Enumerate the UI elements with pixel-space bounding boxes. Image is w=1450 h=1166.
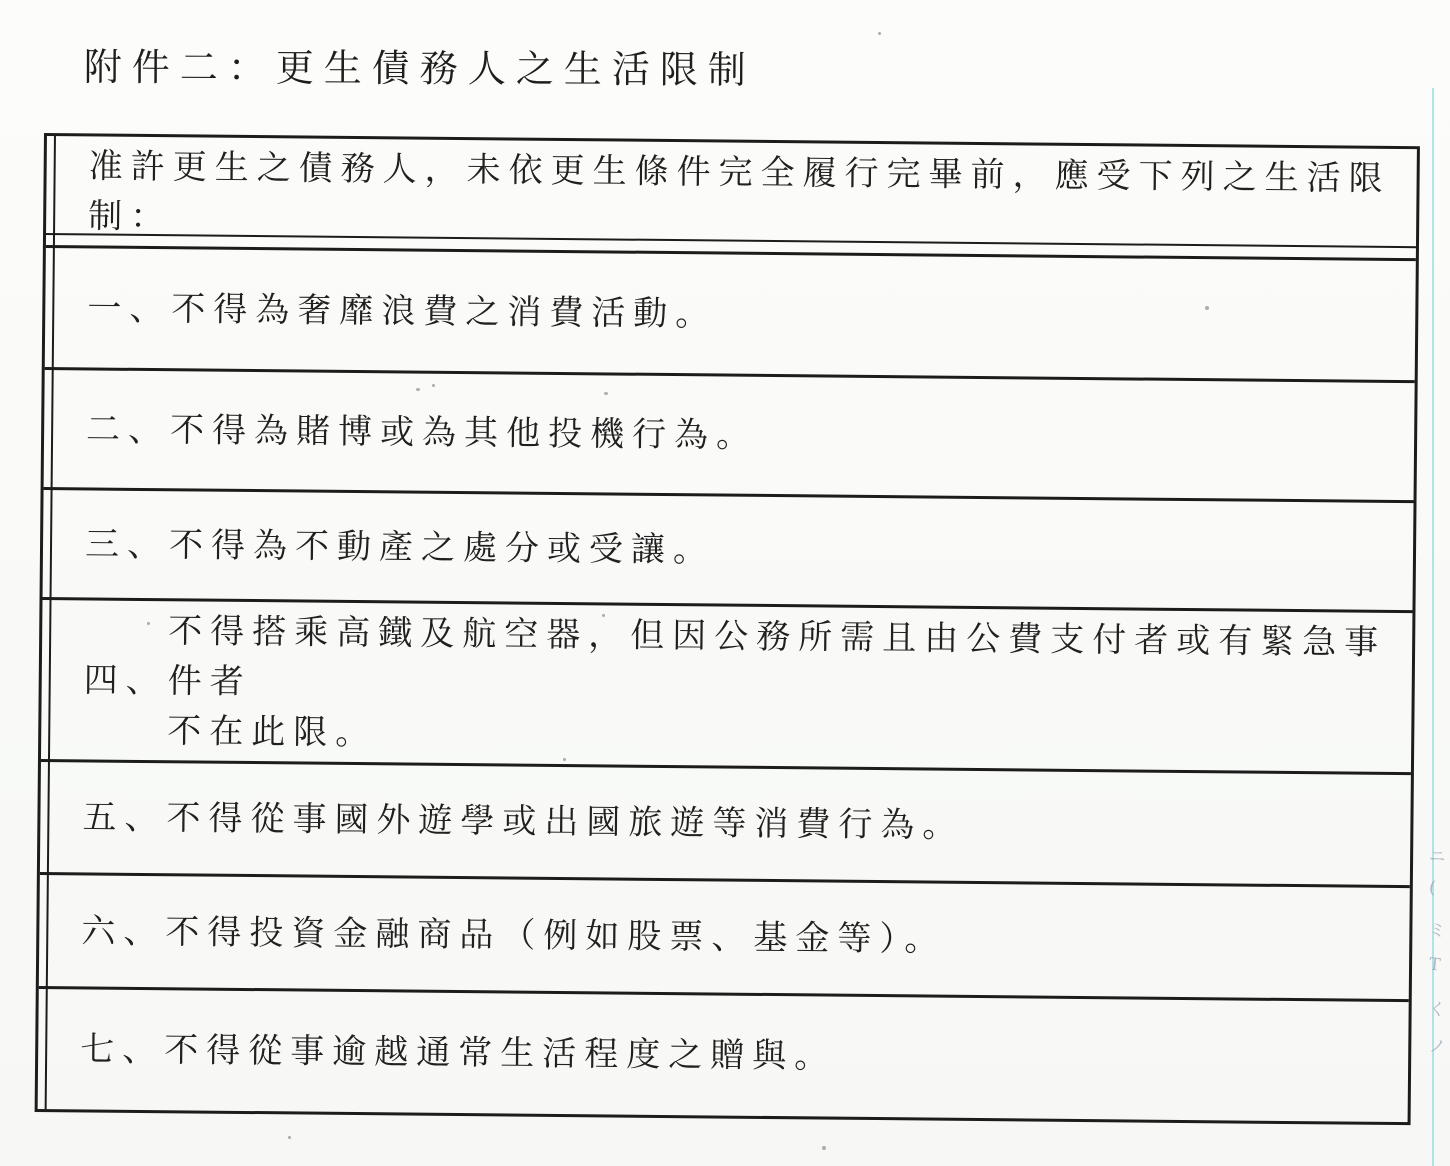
row-number: 七、 (80, 1024, 164, 1075)
margin-scribble: T (1428, 954, 1441, 975)
row-text: 不得為不動產之處分或受讓。 (169, 520, 1399, 582)
row-number: 六、 (81, 906, 165, 957)
scan-speck (602, 614, 605, 617)
margin-scribble: ミ (1428, 915, 1448, 942)
document-title: 附件二：更生債務人之生活限制 (84, 36, 756, 94)
table-header-row: 准許更生之債務人，未依更生條件完全履行完畢前，應受下列之生活限制： (46, 136, 1417, 261)
table-row-1: 一、 不得為奢靡浪費之消費活動。 (45, 248, 1416, 383)
row-text: 不得投資金融商品（例如股票、基金等）。 (165, 907, 1395, 969)
scan-speck (147, 622, 150, 625)
scan-speck (604, 392, 608, 395)
table-row-5: 五、 不得從事國外遊學或出國旅遊等消費行為。 (40, 762, 1411, 888)
table-row-2: 二、 不得為賭博或為其他投機行為。 (44, 370, 1415, 503)
row-text: 不得從事國外遊學或出國旅遊等消費行為。 (166, 793, 1396, 855)
table-row-7: 七、 不得從事逾越通常生活程度之贈與。 (38, 989, 1409, 1122)
scan-speck (563, 758, 566, 761)
scan-speck (822, 1146, 826, 1150)
row-number: 五、 (82, 792, 166, 843)
margin-scribble: ( (1428, 878, 1437, 899)
table-row-6: 六、 不得投資金融商品（例如股票、基金等）。 (39, 875, 1410, 1002)
margin-scribble: ノ (1428, 1031, 1448, 1058)
scan-speck (878, 32, 881, 35)
row-text: 不得從事逾越通常生活程度之贈與。 (164, 1025, 1394, 1087)
restrictions-table: 准許更生之債務人，未依更生條件完全履行完畢前，應受下列之生活限制： 一、 不得為… (35, 133, 1420, 1125)
margin-scribble: く (1428, 994, 1448, 1021)
table-row-4: 四、 不得搭乘高鐵及航空器，但因公務所需且由公費支付者或有緊急事件者 不在此限。 (41, 600, 1412, 775)
scanned-document-page: 附件二：更生債務人之生活限制 准許更生之債務人，未依更生條件完全履行完畢前，應受… (0, 0, 1450, 1166)
row-number: 一、 (87, 283, 171, 334)
scan-speck (416, 388, 420, 391)
scan-speck (1205, 306, 1209, 310)
scan-speck (432, 384, 435, 387)
row-text: 不在此限。 (167, 706, 1397, 768)
scan-speck (288, 1136, 291, 1139)
margin-scribble: ニ (1428, 841, 1448, 868)
row-text: 不得為賭博或為其他投機行為。 (170, 405, 1400, 467)
row-number: 三、 (85, 519, 169, 570)
row-text: 不得搭乘高鐵及航空器，但因公務所需且由公費支付者或有緊急事件者 (168, 606, 1399, 718)
row-text: 不得為奢靡浪費之消費活動。 (171, 284, 1401, 346)
table-row-3: 三、 不得為不動產之處分或受讓。 (43, 490, 1414, 613)
row-number: 四、 (84, 655, 168, 706)
row-number: 二、 (86, 404, 170, 455)
